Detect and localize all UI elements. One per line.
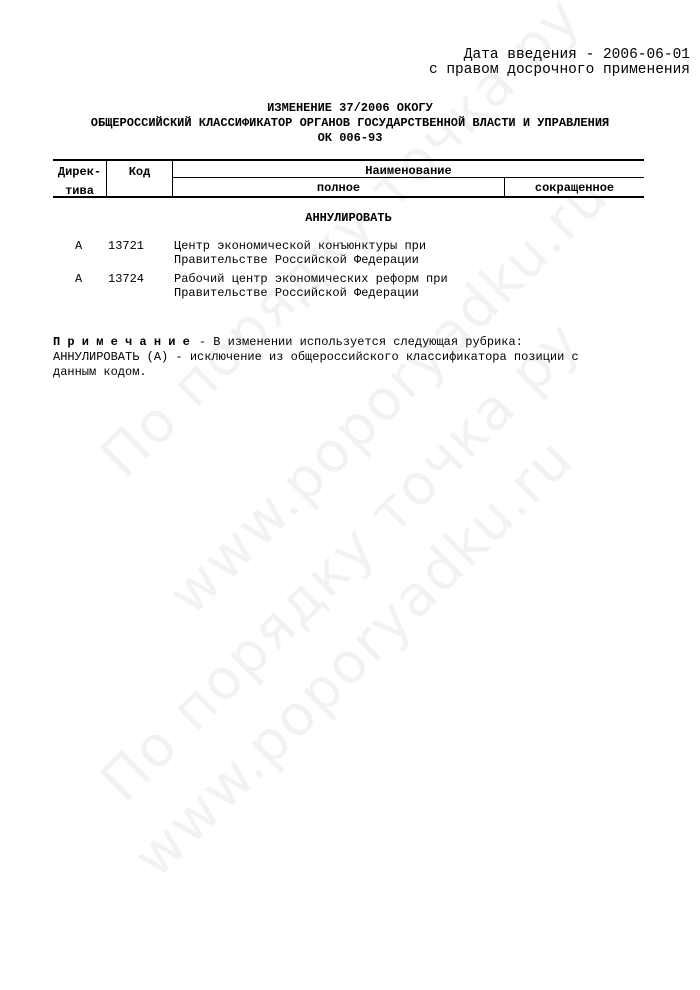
row-code: 13724 bbox=[108, 272, 144, 286]
introduction-date-line: Дата введения - 2006-06-01 bbox=[429, 48, 690, 63]
column-header-name: Наименование bbox=[173, 161, 644, 178]
note-block: П р и м е ч а н и е- В изменении использ… bbox=[53, 335, 598, 380]
row-directive: А bbox=[75, 272, 82, 286]
note-rubric-intro: - В изменении используется следующая руб… bbox=[199, 335, 523, 349]
table-row: А 13721 Центр экономической конъюнктуры … bbox=[0, 239, 700, 267]
watermark-url-2: www.poporyadku.ru bbox=[125, 429, 583, 887]
row-directive: А bbox=[75, 239, 82, 253]
note-line-2: АННУЛИРОВАТЬ (А) - исключение из общерос… bbox=[53, 350, 598, 365]
title-change-number: ИЗМЕНЕНИЕ 37/2006 ОКОГУ bbox=[0, 101, 700, 116]
title-classifier-code: ОК 006-93 bbox=[0, 131, 700, 146]
introduction-date-block: Дата введения - 2006-06-01 с правом доср… bbox=[429, 48, 690, 78]
note-label: П р и м е ч а н и е bbox=[53, 335, 190, 349]
note-line-3: данным кодом. bbox=[53, 365, 598, 380]
row-full-name: Рабочий центр экономических реформ при П… bbox=[174, 272, 474, 300]
early-application-line: с правом досрочного применения bbox=[429, 63, 690, 78]
document-title: ИЗМЕНЕНИЕ 37/2006 ОКОГУ ОБЩЕРОССИЙСКИЙ К… bbox=[0, 101, 700, 146]
column-header-directive: Дирек- тива bbox=[53, 161, 107, 196]
table-row: А 13724 Рабочий центр экономических рефо… bbox=[0, 272, 700, 300]
classifier-rows: А 13721 Центр экономической конъюнктуры … bbox=[0, 239, 700, 305]
section-label-annul: АННУЛИРОВАТЬ bbox=[53, 211, 644, 225]
column-header-name-full: полное bbox=[173, 178, 505, 196]
row-code: 13721 bbox=[108, 239, 144, 253]
note-line-1: П р и м е ч а н и е- В изменении использ… bbox=[53, 335, 598, 350]
row-full-name: Центр экономической конъюнктуры при Прав… bbox=[174, 239, 474, 267]
title-classifier-name: ОБЩЕРОССИЙСКИЙ КЛАССИФИКАТОР ОРГАНОВ ГОС… bbox=[0, 116, 700, 131]
classifier-table-header: Дирек- тива Код Наименование полное сокр… bbox=[53, 159, 644, 198]
column-header-code: Код bbox=[107, 161, 173, 196]
column-header-name-short: сокращенное bbox=[505, 178, 644, 196]
